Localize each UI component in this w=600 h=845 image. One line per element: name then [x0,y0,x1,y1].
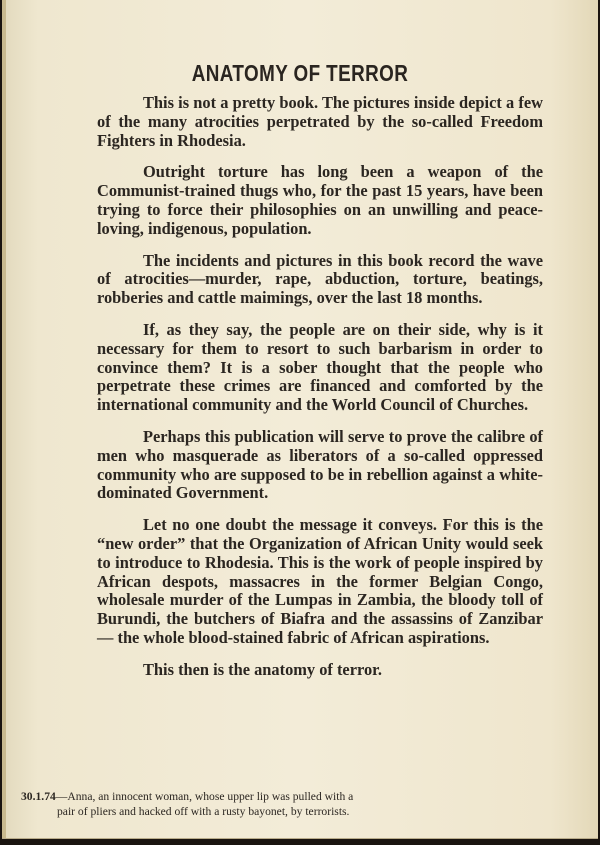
paragraph: This then is the anatomy of terror. [97,661,543,680]
caption-date: 30.1.74 [21,790,56,803]
paragraph: The incidents and pictures in this book … [97,252,543,308]
photo-caption: 30.1.74—Anna, an innocent woman, whose u… [21,789,441,819]
paragraph: If, as they say, the people are on their… [97,321,543,415]
caption-line-1: —Anna, an innocent woman, whose upper li… [56,790,354,803]
paragraph: Let no one doubt the message it conveys.… [97,516,543,648]
paragraph: Perhaps this publication will serve to p… [97,428,543,503]
body-text: This is not a pretty book. The pictures … [97,94,543,693]
caption-line-2: pair of pliers and hacked off with a rus… [21,804,441,819]
paragraph: Outright torture has long been a weapon … [97,163,543,238]
page-title: ANATOMY OF TERROR [54,60,546,87]
page-spine [2,0,6,838]
paragraph: This is not a pretty book. The pictures … [97,94,543,150]
